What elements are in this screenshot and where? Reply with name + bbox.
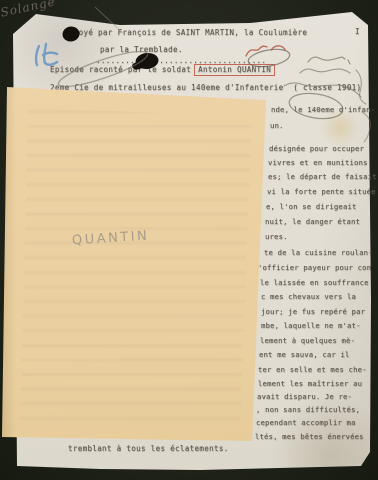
pencil-scribble [300,69,350,73]
pencil-scribble [356,70,366,104]
pencil-scribble [362,112,370,142]
paper-crease [95,7,123,33]
pencil-scribble [308,57,350,64]
ink-blot [61,25,80,43]
pencil-circle-140e [287,90,344,122]
blue-pencil-mark [36,44,57,65]
annotation-overlay [0,0,378,480]
